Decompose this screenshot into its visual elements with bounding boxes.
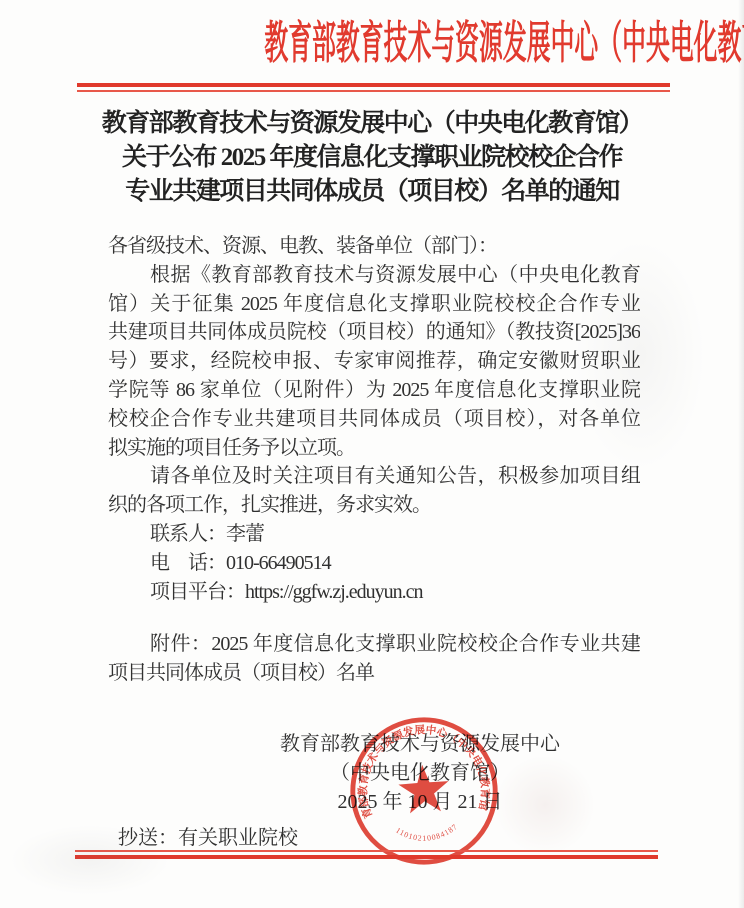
body-line: 馆）关于征集 2025 年度信息化支撑职业院校校企合作专业 (108, 290, 640, 319)
contact-platform-line: 项目平台：https://ggfw.zj.eduyun.cn (108, 578, 640, 607)
body-line: 学院等 86 家单位（见附件）为 2025 年度信息化支撑职业院 (108, 376, 640, 405)
contact-person-line: 联系人：李蕾 (108, 520, 640, 549)
body-line: 请各单位及时关注项目有关通知公告，积极参加项目组 (108, 462, 640, 491)
red-rule-top (77, 83, 670, 92)
body-line: 号）要求，经院校申报、专家审阅推荐，确定安徽财贸职业 (108, 347, 640, 376)
body-line: 共建项目共同体成员院校（项目校）的通知》（教技资[2025]36 (108, 318, 640, 347)
svg-text:11010210084187: 11010210084187 (394, 821, 461, 844)
body-line: 织的各项工作，扎实推进，务求实效。 (108, 491, 640, 520)
red-rule-bottom (75, 850, 658, 859)
body-line: 校校企合作专业共建项目共同体成员（项目校），对各单位 (108, 405, 640, 434)
title-line: 教育部教育技术与资源发展中心（中央电化教育馆） (0, 107, 744, 141)
title-line: 关于公布 2025 年度信息化支撑职业院校校企合作 (0, 141, 744, 175)
blank-line (108, 606, 640, 630)
attachment-line: 附件：2025 年度信息化支撑职业院校校企合作专业共建 (108, 630, 640, 659)
seal-code: 11010210084187 (394, 821, 461, 844)
letterhead-banner-text: 教育部教育技术与资源发展中心（中央电化教育馆）函件 (264, 14, 744, 72)
document-page: 教育部教育技术与资源发展中心（中央电化教育馆）函件 教育部教育技术与资源发展中心… (0, 0, 744, 908)
seal-star-icon (397, 763, 450, 814)
attachment-line: 项目共同体成员（项目校）名单 (108, 659, 640, 688)
title-line: 专业共建项目共同体成员（项目校）名单的通知 (0, 175, 744, 209)
contact-phone-line: 电 话：010-66490514 (108, 549, 640, 578)
body-line: 根据《教育部教育技术与资源发展中心（中央电化教育 (108, 261, 640, 290)
letterhead-banner: 教育部教育技术与资源发展中心（中央电化教育馆）函件 (0, 14, 744, 72)
body-line: 拟实施的项目任务予以立项。 (108, 434, 640, 463)
document-title: 教育部教育技术与资源发展中心（中央电化教育馆） 关于公布 2025 年度信息化支… (0, 107, 744, 209)
salutation: 各省级技术、资源、电教、装备单位（部门）： (108, 232, 640, 261)
